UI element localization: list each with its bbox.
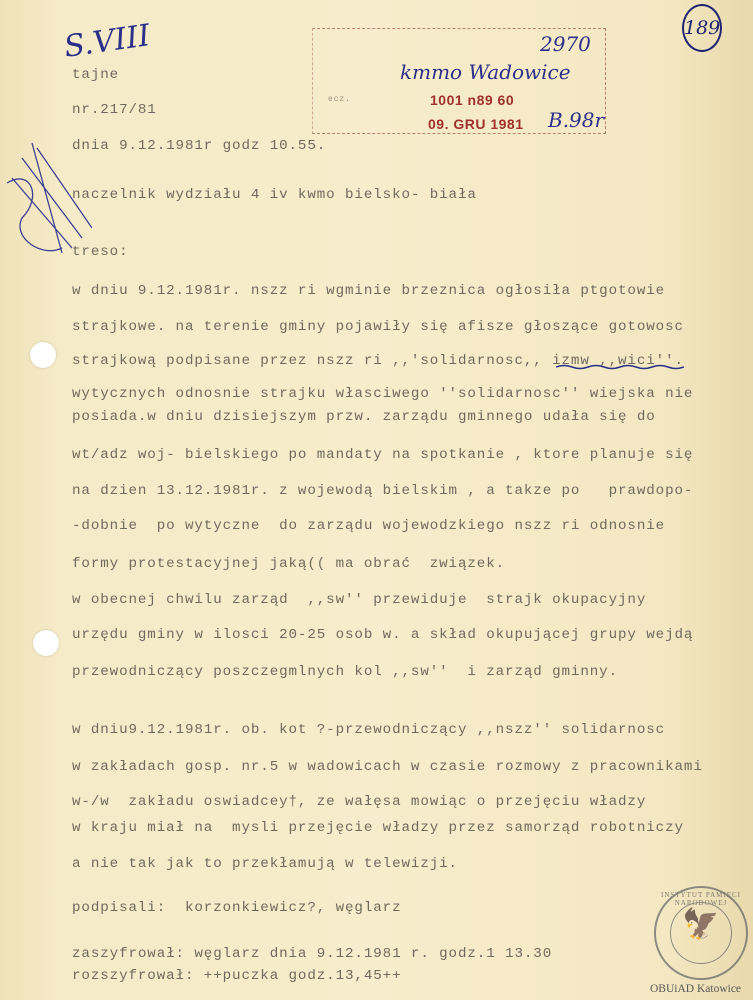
body-line: w zakładach gosp. nr.5 w wadowicach w cz… (72, 760, 703, 774)
ipn-seal: INSTYTUT PAMIĘCI NARODOWEJ 🦅 (654, 886, 748, 980)
encrypted-by: zaszyfrował: węglarz dnia 9.12.1981 r. g… (72, 947, 552, 961)
stamp-office: kmmo Wadowice (400, 60, 571, 84)
stamp-reg-line: 1001 n89 60 (430, 92, 514, 108)
punch-hole-top (30, 342, 56, 368)
body-line: w-/w zakładu oswiadcey†, ze wałęsa mowią… (72, 795, 646, 809)
body-line: w dniu 9.12.1981r. nszz ri wgminie brzez… (72, 284, 665, 298)
page-number: 189 (682, 4, 722, 52)
body-line: w obecnej chwilu zarząd ,,sw'' przewiduj… (72, 593, 646, 607)
stamp-number: 2970 (540, 32, 591, 56)
body-line: w dniu9.12.1981r. ob. kot ?-przewodniczą… (72, 723, 665, 737)
classification: tajne (72, 68, 119, 82)
punch-hole-bottom (33, 630, 59, 656)
body-line: na dzien 13.12.1981r. z wojewodą bielski… (72, 484, 693, 498)
handwritten-underline-icon (556, 364, 684, 370)
date-line: dnia 9.12.1981r godz 10.55. (72, 139, 326, 153)
signed-by: podpisali: korzonkiewicz?, węglarz (72, 901, 402, 915)
stamp-initials: B.98r (548, 108, 604, 132)
document-page: S.VIII 189 2970 kmmo Wadowice 1001 n89 6… (0, 0, 753, 1000)
body-line: -dobnie po wytyczne do zarządu wojewodzk… (72, 519, 665, 533)
body-line: urzędu gminy w ilosci 20-25 osob w. a sk… (72, 628, 693, 642)
body-line: przewodniczący poszczegmlnych kol ,,sw''… (72, 665, 618, 679)
body-line: wt/adz woj- bielskiego po mandaty na spo… (72, 448, 693, 462)
body-line: formy protestacyjnej jaką(( ma obrać zwi… (72, 557, 505, 571)
body-line: strajkowe. na terenie gminy pojawiły się… (72, 320, 684, 334)
recipient: naczelnik wydziału 4 iv kwmo bielsko- bi… (72, 188, 477, 202)
archive-label: OBUiAD Katowice (650, 983, 741, 995)
body-line: wytycznych odnosnie strajku własciwego '… (72, 387, 693, 401)
document-number: nr.217/81 (72, 103, 157, 117)
stamp-date: 09. GRU 1981 (428, 116, 524, 132)
stamp-faint-label: ecz. (328, 96, 351, 104)
eagle-emblem-icon: 🦅 (656, 910, 746, 940)
margin-note: S.VIII (62, 18, 152, 65)
decrypted-by: rozszyfrował: ++puczka godz.13,45++ (72, 969, 402, 983)
body-line: w kraju miał na mysli przejęcie władzy p… (72, 821, 684, 835)
body-line: posiada.w dniu dzisiejszym przw. zarządu… (72, 410, 656, 424)
content-label: treso: (72, 245, 128, 259)
body-line: a nie tak jak to przekłamują w telewizji… (72, 857, 458, 871)
